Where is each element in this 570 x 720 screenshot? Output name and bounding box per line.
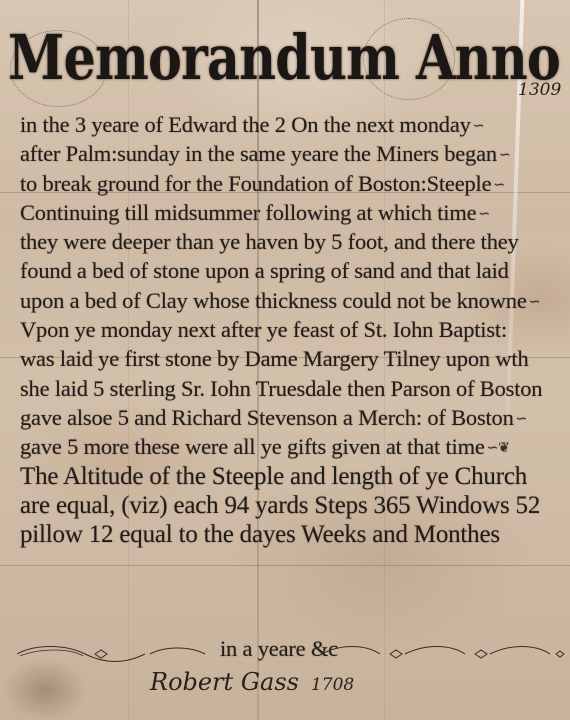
flourish-icon: ∽ — [499, 141, 511, 170]
text-line: to break ground for the Foundation of Bo… — [20, 169, 570, 198]
line-text: upon a bed of Clay whose thickness could… — [20, 288, 527, 313]
line-text: Continuing till midsummer following at w… — [20, 200, 476, 225]
line-text: found a bed of stone upon a spring of sa… — [20, 258, 509, 283]
document-title: Memorandum Anno 1309 — [8, 18, 568, 108]
flourish-icon: ∽ — [473, 112, 485, 141]
line-text: to break ground for the Foundation of Bo… — [20, 171, 491, 196]
line-text: are equal, (viz) each 94 yards Steps 365… — [20, 492, 540, 519]
line-text: after Palm:sunday in the same yeare the … — [20, 141, 497, 166]
line-text: in the 3 yeare of Edward the 2 On the ne… — [20, 112, 471, 137]
line-text: gave 5 more these were all ye gifts give… — [20, 434, 485, 459]
text-line: are equal, (viz) each 94 yards Steps 365… — [20, 491, 570, 520]
line-text: pillow 12 equal to the dayes Weeks and M… — [20, 521, 500, 548]
line-text: gave alsoe 5 and Richard Stevenson a Mer… — [20, 405, 514, 430]
fold-crease-horizontal — [0, 565, 570, 566]
text-line: The Altitude of the Steeple and length o… — [20, 462, 570, 491]
flourish-icon: ∽ — [478, 200, 490, 229]
title-year: 1309 — [518, 80, 561, 100]
line-text: they were deeper than ye haven by 5 foot… — [20, 229, 519, 254]
text-line: Continuing till midsummer following at w… — [20, 198, 570, 227]
flourish-icon: ∽ — [529, 288, 541, 317]
text-line: gave 5 more these were all ye gifts give… — [20, 432, 570, 461]
text-line: Vpon ye monday next after ye feast of St… — [20, 315, 570, 344]
flourish-icon: ∽❦ — [487, 434, 510, 463]
flourish-icon: ∽ — [516, 405, 528, 434]
text-line: upon a bed of Clay whose thickness could… — [20, 286, 570, 315]
closing-line: in a yeare &c — [15, 634, 338, 663]
text-line: in the 3 yeare of Edward the 2 On the ne… — [20, 110, 570, 139]
signature: Robert Gass1708 — [150, 668, 354, 696]
line-text: she laid 5 sterling Sr. Iohn Truesdale t… — [20, 376, 542, 401]
line-text: The Altitude of the Steeple and length o… — [20, 463, 527, 490]
text-line: was laid ye first stone by Dame Margery … — [20, 344, 570, 373]
text-line: after Palm:sunday in the same yeare the … — [20, 139, 570, 168]
title-text: Memorandum Anno — [8, 18, 560, 98]
text-line: gave alsoe 5 and Richard Stevenson a Mer… — [20, 403, 570, 432]
text-line: found a bed of stone upon a spring of sa… — [20, 256, 570, 285]
text-line: she laid 5 sterling Sr. Iohn Truesdale t… — [20, 374, 570, 403]
flourish-icon: ∽ — [493, 171, 505, 200]
line-text: Vpon ye monday next after ye feast of St… — [20, 317, 507, 342]
text-line: pillow 12 equal to the dayes Weeks and M… — [20, 520, 570, 549]
text-line: they were deeper than ye haven by 5 foot… — [20, 227, 570, 256]
signature-year: 1708 — [311, 675, 354, 695]
line-text: was laid ye first stone by Dame Margery … — [20, 346, 529, 371]
signature-name: Robert Gass — [150, 668, 299, 696]
memorandum-body: in the 3 yeare of Edward the 2 On the ne… — [20, 110, 570, 549]
memorandum-document: Memorandum Anno 1309 in the 3 yeare of E… — [0, 0, 570, 720]
scroll-flourish-icon — [320, 646, 565, 662]
ornament-border: in a yeare &c — [15, 640, 565, 670]
